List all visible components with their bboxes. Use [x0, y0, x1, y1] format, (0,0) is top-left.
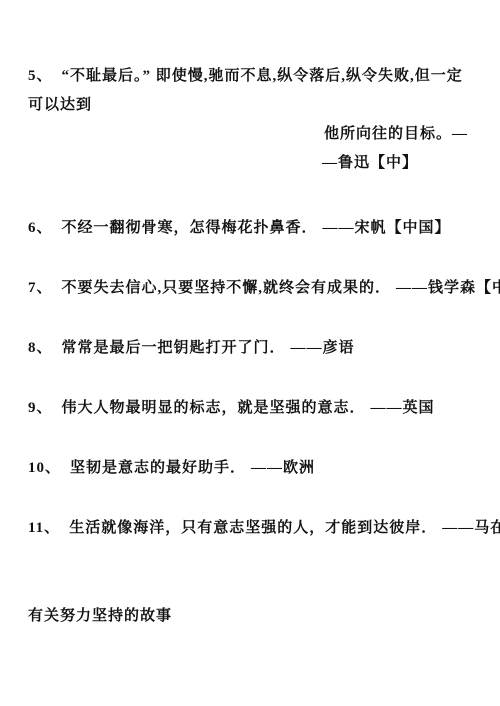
- section-heading: 有关努力坚持的故事: [28, 602, 470, 631]
- quote-number: 5、: [28, 68, 53, 84]
- quote-attribution: ——钱学森【中】: [396, 280, 500, 296]
- quote-item-8: 8、常常是最后一把钥匙打开了门．——彦语: [28, 334, 470, 363]
- quote-item-6: 6、不经一翻彻骨寒，怎得梅花扑鼻香．——宋帆【中国】: [28, 214, 470, 243]
- quote-text: 伟大人物最明显的标志，就是坚强的意志．: [62, 400, 366, 416]
- quote-item-9: 9、伟大人物最明显的标志，就是坚强的意志．——英国: [28, 394, 470, 423]
- quote-attribution: ——彦语: [291, 340, 355, 356]
- quote-number: 8、: [28, 340, 53, 356]
- quote-attribution: ——欧洲: [251, 460, 315, 476]
- quote-item-7: 7、不要失去信心,只要坚持不懈,就终会有成果的．——钱学森【中】: [28, 274, 470, 303]
- quote-number: 7、: [28, 280, 53, 296]
- quote-line: 5、“不耻最后。” 即使慢,驰而不息,纵令落后,纵令失败,但一定可以达到: [28, 62, 470, 120]
- quote-number: 10、: [28, 460, 61, 476]
- quote-line-continued: 他所向往的目标。—: [28, 120, 470, 149]
- quote-text: 坚韧是意志的最好助手．: [70, 460, 246, 476]
- quote-text: 不要失去信心,只要坚持不懈,就终会有成果的．: [62, 280, 392, 296]
- quote-attribution: ——宋帆【中国】: [323, 220, 451, 236]
- quote-attribution: —鲁迅【中】: [28, 149, 470, 178]
- quote-item-5: 5、“不耻最后。” 即使慢,驰而不息,纵令落后,纵令失败,但一定可以达到 他所向…: [28, 62, 470, 178]
- document-page: 5、“不耻最后。” 即使慢,驰而不息,纵令落后,纵令失败,但一定可以达到 他所向…: [0, 0, 500, 706]
- quote-text: 不经一翻彻骨寒，怎得梅花扑鼻香．: [62, 220, 318, 236]
- quote-text: “不耻最后。” 即使慢,驰而不息,纵令落后,纵令失败,但一定可以达到: [28, 68, 463, 113]
- quote-item-11: 11、生活就像海洋，只有意志坚强的人，才能到达彼岸．——马在思: [28, 514, 470, 543]
- quote-text: 常常是最后一把钥匙打开了门．: [62, 340, 286, 356]
- quote-number: 6、: [28, 220, 53, 236]
- quote-attribution: ——英国: [371, 400, 435, 416]
- quote-number: 11、: [28, 520, 60, 536]
- quote-text: 生活就像海洋，只有意志坚强的人，才能到达彼岸．: [69, 520, 437, 536]
- quote-number: 9、: [28, 400, 53, 416]
- document-content: 5、“不耻最后。” 即使慢,驰而不息,纵令落后,纵令失败,但一定可以达到 他所向…: [0, 0, 500, 631]
- quote-attribution: ——马在思: [442, 520, 500, 536]
- quote-item-10: 10、坚韧是意志的最好助手．——欧洲: [28, 454, 470, 483]
